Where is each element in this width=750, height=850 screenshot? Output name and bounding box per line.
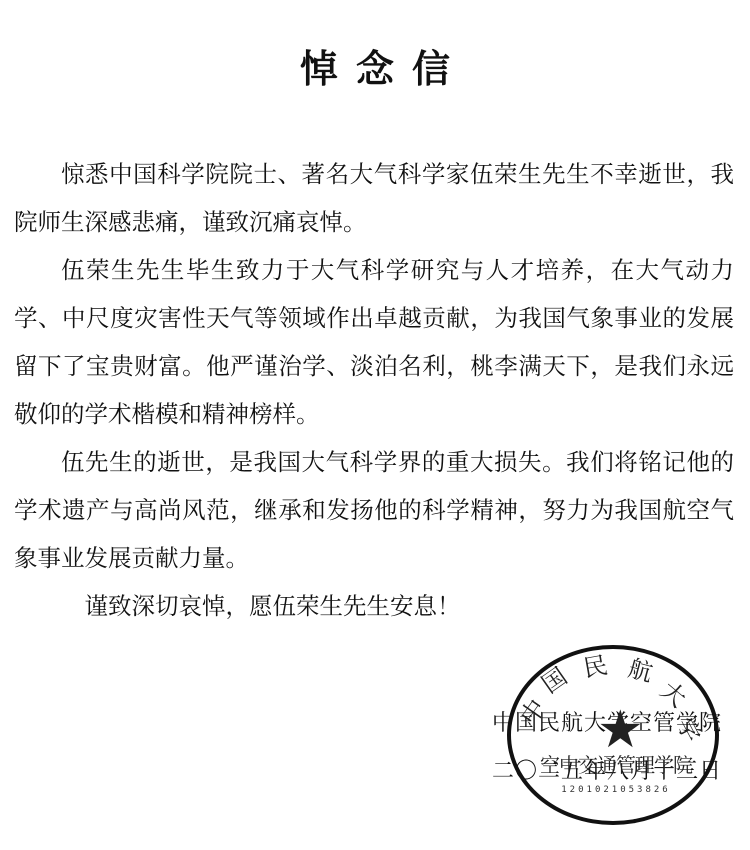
seal-char: 航 [625,648,657,688]
signature-date: 二〇二五年八月十三日 [432,748,722,796]
signature-block: 中国民航大学空管学院 二〇二五年八月十三日 [432,700,722,796]
closing-line: 谨致深切哀悼，愿伍荣生先生安息！ [14,582,734,630]
paragraph-2: 伍荣生先生毕生致力于大气科学研究与人才培养，在大气动力学、中尺度灾害性天气等领域… [14,246,734,438]
paragraph-1: 惊悉中国科学院院士、著名大气科学家伍荣生先生不幸逝世，我院师生深感悲痛，谨致沉痛… [14,150,734,246]
signature-organization: 中国民航大学空管学院 [432,700,722,748]
letter-title: 悼念信 [0,38,750,93]
seal-char: 国 [533,657,573,699]
paragraph-3: 伍先生的逝世，是我国大气科学界的重大损失。我们将铭记他的学术遗产与高尚风范，继承… [14,438,734,582]
letter-body: 惊悉中国科学院院士、著名大气科学家伍荣生先生不幸逝世，我院师生深感悲痛，谨致沉痛… [14,150,734,630]
seal-char: 民 [580,645,610,684]
